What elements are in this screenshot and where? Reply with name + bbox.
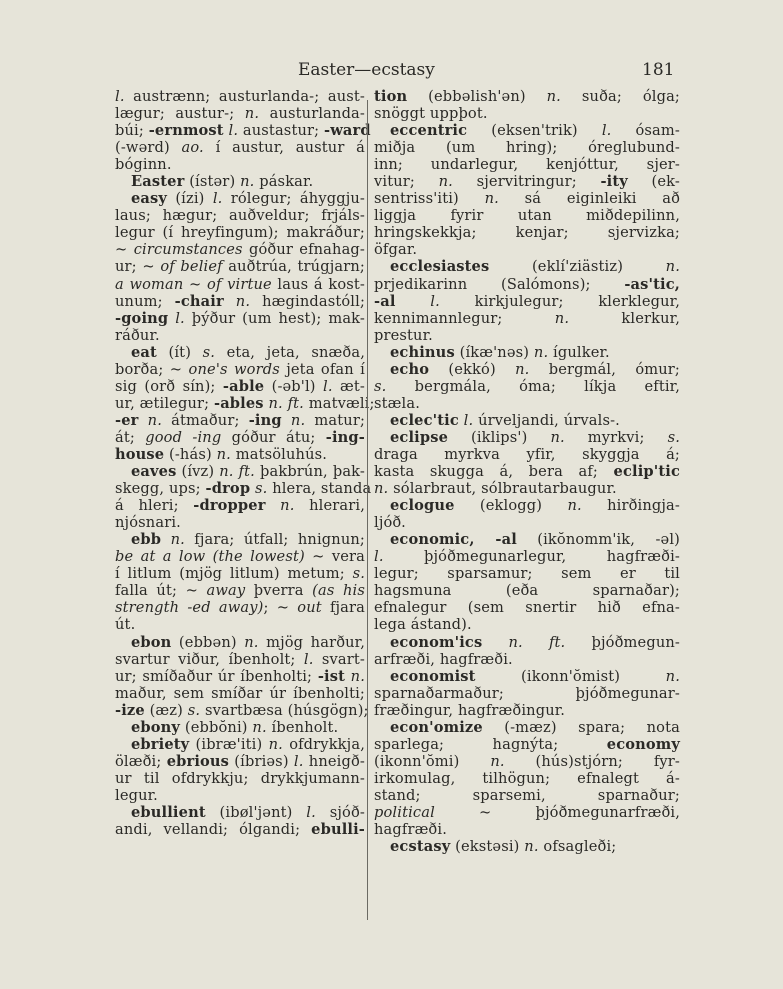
text-line: ebb n. fjara; útfall; hnignun; <box>115 531 365 548</box>
text-line: Easter (ístər) n. páskar. <box>115 173 365 190</box>
text-line: ebullient (ibøl'jənt) l. sjóð- <box>115 804 365 821</box>
text-line: lega ástand). <box>374 616 680 633</box>
right-column: tion (ebbəlish'ən) n. suða; ólga;snöggt … <box>374 88 680 855</box>
text-line: -er n. átmaður; -ing n. matur; <box>115 412 365 429</box>
text-line: stand; sparsemi, sparnaður; <box>374 787 680 804</box>
text-line: út. <box>115 616 365 633</box>
text-line: búi; -ernmost l. austastur; -ward <box>115 122 365 139</box>
text-line: stæla. <box>374 395 680 412</box>
text-line: hagsmuna (eða sparnaðar); <box>374 582 680 599</box>
text-line: strength -ed away); ~ out fjara <box>115 599 365 616</box>
text-line: n. sólarbraut, sólbrautarbaugur. <box>374 480 680 497</box>
text-line: í litlum (mjög litlum) metum; s. <box>115 565 365 582</box>
text-line: eccentric (eksen'trik) l. ósam- <box>374 122 680 139</box>
text-line: skegg, ups; -drop s. hlera, standa <box>115 480 365 497</box>
text-line: ecstasy (ekstəsi) n. ofsagleði; <box>374 838 680 855</box>
text-line: sparlega; hagnýta; economy <box>374 736 680 753</box>
text-line: kennimannlegur; n. klerkur, <box>374 310 680 327</box>
text-line: hringskekkja; kenjar; sjervizka; <box>374 224 680 241</box>
text-line: prestur. <box>374 327 680 344</box>
text-line: ljóð. <box>374 514 680 531</box>
text-line: echinus (íkæ'nəs) n. ígulker. <box>374 344 680 361</box>
text-line: echo (ekkó) n. bergmál, ómur; <box>374 361 680 378</box>
text-line: draga myrkva yfir, skyggja á; <box>374 446 680 463</box>
text-line: andi, vellandi; ólgandi; ebulli- <box>115 821 365 838</box>
text-line: inn; undarlegur, kenjóttur, sjer- <box>374 156 680 173</box>
text-line: tion (ebbəlish'ən) n. suða; ólga; <box>374 88 680 105</box>
text-line: ur til ofdrykkju; drykkjumann- <box>115 770 365 787</box>
text-line: (-wərd) ao. í austur, austur á <box>115 139 365 156</box>
text-line: legur; sparsamur; sem er til <box>374 565 680 582</box>
text-line: ebony (ebbŏni) n. íbenholt. <box>115 719 365 736</box>
text-line: -going l. þýður (um hest); mak- <box>115 310 365 327</box>
text-line: -ize (æz) s. svartbæsa (húsgögn); <box>115 702 365 719</box>
text-line: legur. <box>115 787 365 804</box>
text-line: (ikonn'ŏmi) n. (hús)stjórn; fyr- <box>374 753 680 770</box>
left-column: l. austrænn; austurlanda-; aust-lægur; a… <box>115 88 365 838</box>
text-line: ur; smíðaður úr íbenholti; -ist n. <box>115 668 365 685</box>
text-line: snöggt uppþot. <box>374 105 680 122</box>
page-number: 181 <box>642 60 674 80</box>
text-line: econ'omize (-mæz) spara; nota <box>374 719 680 736</box>
page-header: Easter—ecstasy 181 <box>0 60 783 84</box>
text-line: ölæði; ebrious (íbriəs) l. hneigð- <box>115 753 365 770</box>
text-line: sentriss'iti) n. sá eiginleiki að <box>374 190 680 207</box>
text-line: easy (ízi) l. rólegur; áhyggju- <box>115 190 365 207</box>
text-line: arfræði, hagfræði. <box>374 651 680 668</box>
text-line: ebon (ebbən) n. mjög harður, <box>115 634 365 651</box>
text-line: be at a low (the lowest) ~ vera <box>115 548 365 565</box>
text-line: laus; hægur; auðveldur; frjáls- <box>115 207 365 224</box>
text-line: economic, -al (ikŏnomm'ik, -əl) <box>374 531 680 548</box>
text-line: political ~ þjóðmegunarfræði, <box>374 804 680 821</box>
text-line: vitur; n. sjervitringur; -ity (ek- <box>374 173 680 190</box>
text-line: ur; ~ of belief auðtrúa, trúgjarn; <box>115 258 365 275</box>
text-line: eclogue (eklogg) n. hirðingja- <box>374 497 680 514</box>
text-line: kasta skugga á, bera af; eclip'tic <box>374 463 680 480</box>
text-line: s. bergmála, óma; líkja eftir, <box>374 378 680 395</box>
text-line: bóginn. <box>115 156 365 173</box>
text-line: ráður. <box>115 327 365 344</box>
dictionary-page: Easter—ecstasy 181 l. austrænn; austurla… <box>0 0 783 989</box>
text-line: njósnari. <box>115 514 365 531</box>
text-line: l. austrænn; austurlanda-; aust- <box>115 88 365 105</box>
running-title: Easter—ecstasy <box>298 60 435 80</box>
text-line: öfgar. <box>374 241 680 258</box>
text-line: ebriety (ibræ'iti) n. ofdrykkja, <box>115 736 365 753</box>
text-line: falla út; ~ away þverra (as his <box>115 582 365 599</box>
text-line: econom'ics n. ft. þjóðmegun- <box>374 634 680 651</box>
text-line: eclec'tic l. úrveljandi, úrvals-. <box>374 412 680 429</box>
text-line: lægur; austur-; n. austurlanda- <box>115 105 365 122</box>
text-line: legur (í hreyfingum); makráður; <box>115 224 365 241</box>
text-line: á hleri; -dropper n. hlerari, <box>115 497 365 514</box>
text-line: economist (ikonn'ŏmist) n. <box>374 668 680 685</box>
text-line: hagfræði. <box>374 821 680 838</box>
text-line: maður, sem smíðar úr íbenholti; <box>115 685 365 702</box>
text-line: borða; ~ one's words jeta ofan í <box>115 361 365 378</box>
text-line: fræðingur, hagfræðingur. <box>374 702 680 719</box>
column-divider <box>367 100 368 920</box>
text-line: prjedikarinn (Salómons); -as'tic, <box>374 276 680 293</box>
text-line: a woman ~ of virtue laus á kost- <box>115 276 365 293</box>
text-line: ur, ætilegur; -ables n. ft. matvæli; <box>115 395 365 412</box>
text-line: unum; -chair n. hægindastóll; <box>115 293 365 310</box>
text-line: svartur viður, íbenholt; l. svart- <box>115 651 365 668</box>
text-line: house (-hás) n. matsöluhús. <box>115 446 365 463</box>
text-line: eat (ít) s. eta, jeta, snæða, <box>115 344 365 361</box>
text-line: eclipse (iklips') n. myrkvi; s. <box>374 429 680 446</box>
text-line: l. þjóðmegunarlegur, hagfræði- <box>374 548 680 565</box>
text-line: irkomulag, tilhögun; efnalegt á- <box>374 770 680 787</box>
text-line: sparnaðarmaður; þjóðmegunar- <box>374 685 680 702</box>
text-line: sig (orð sín); -able (-əb'l) l. æt- <box>115 378 365 395</box>
text-line: át; good -ing góður átu; -ing- <box>115 429 365 446</box>
text-line: -al l. kirkjulegur; klerklegur, <box>374 293 680 310</box>
text-line: liggja fyrir utan miðdepilinn, <box>374 207 680 224</box>
text-line: efnalegur (sem snertir hið efna- <box>374 599 680 616</box>
text-line: eaves (ívz) n. ft. þakbrún, þak- <box>115 463 365 480</box>
text-line: ecclesiastes (eklí'ziästiz) n. <box>374 258 680 275</box>
text-line: ~ circumstances góður efnahag- <box>115 241 365 258</box>
text-line: miðja (um hring); óreglubund- <box>374 139 680 156</box>
